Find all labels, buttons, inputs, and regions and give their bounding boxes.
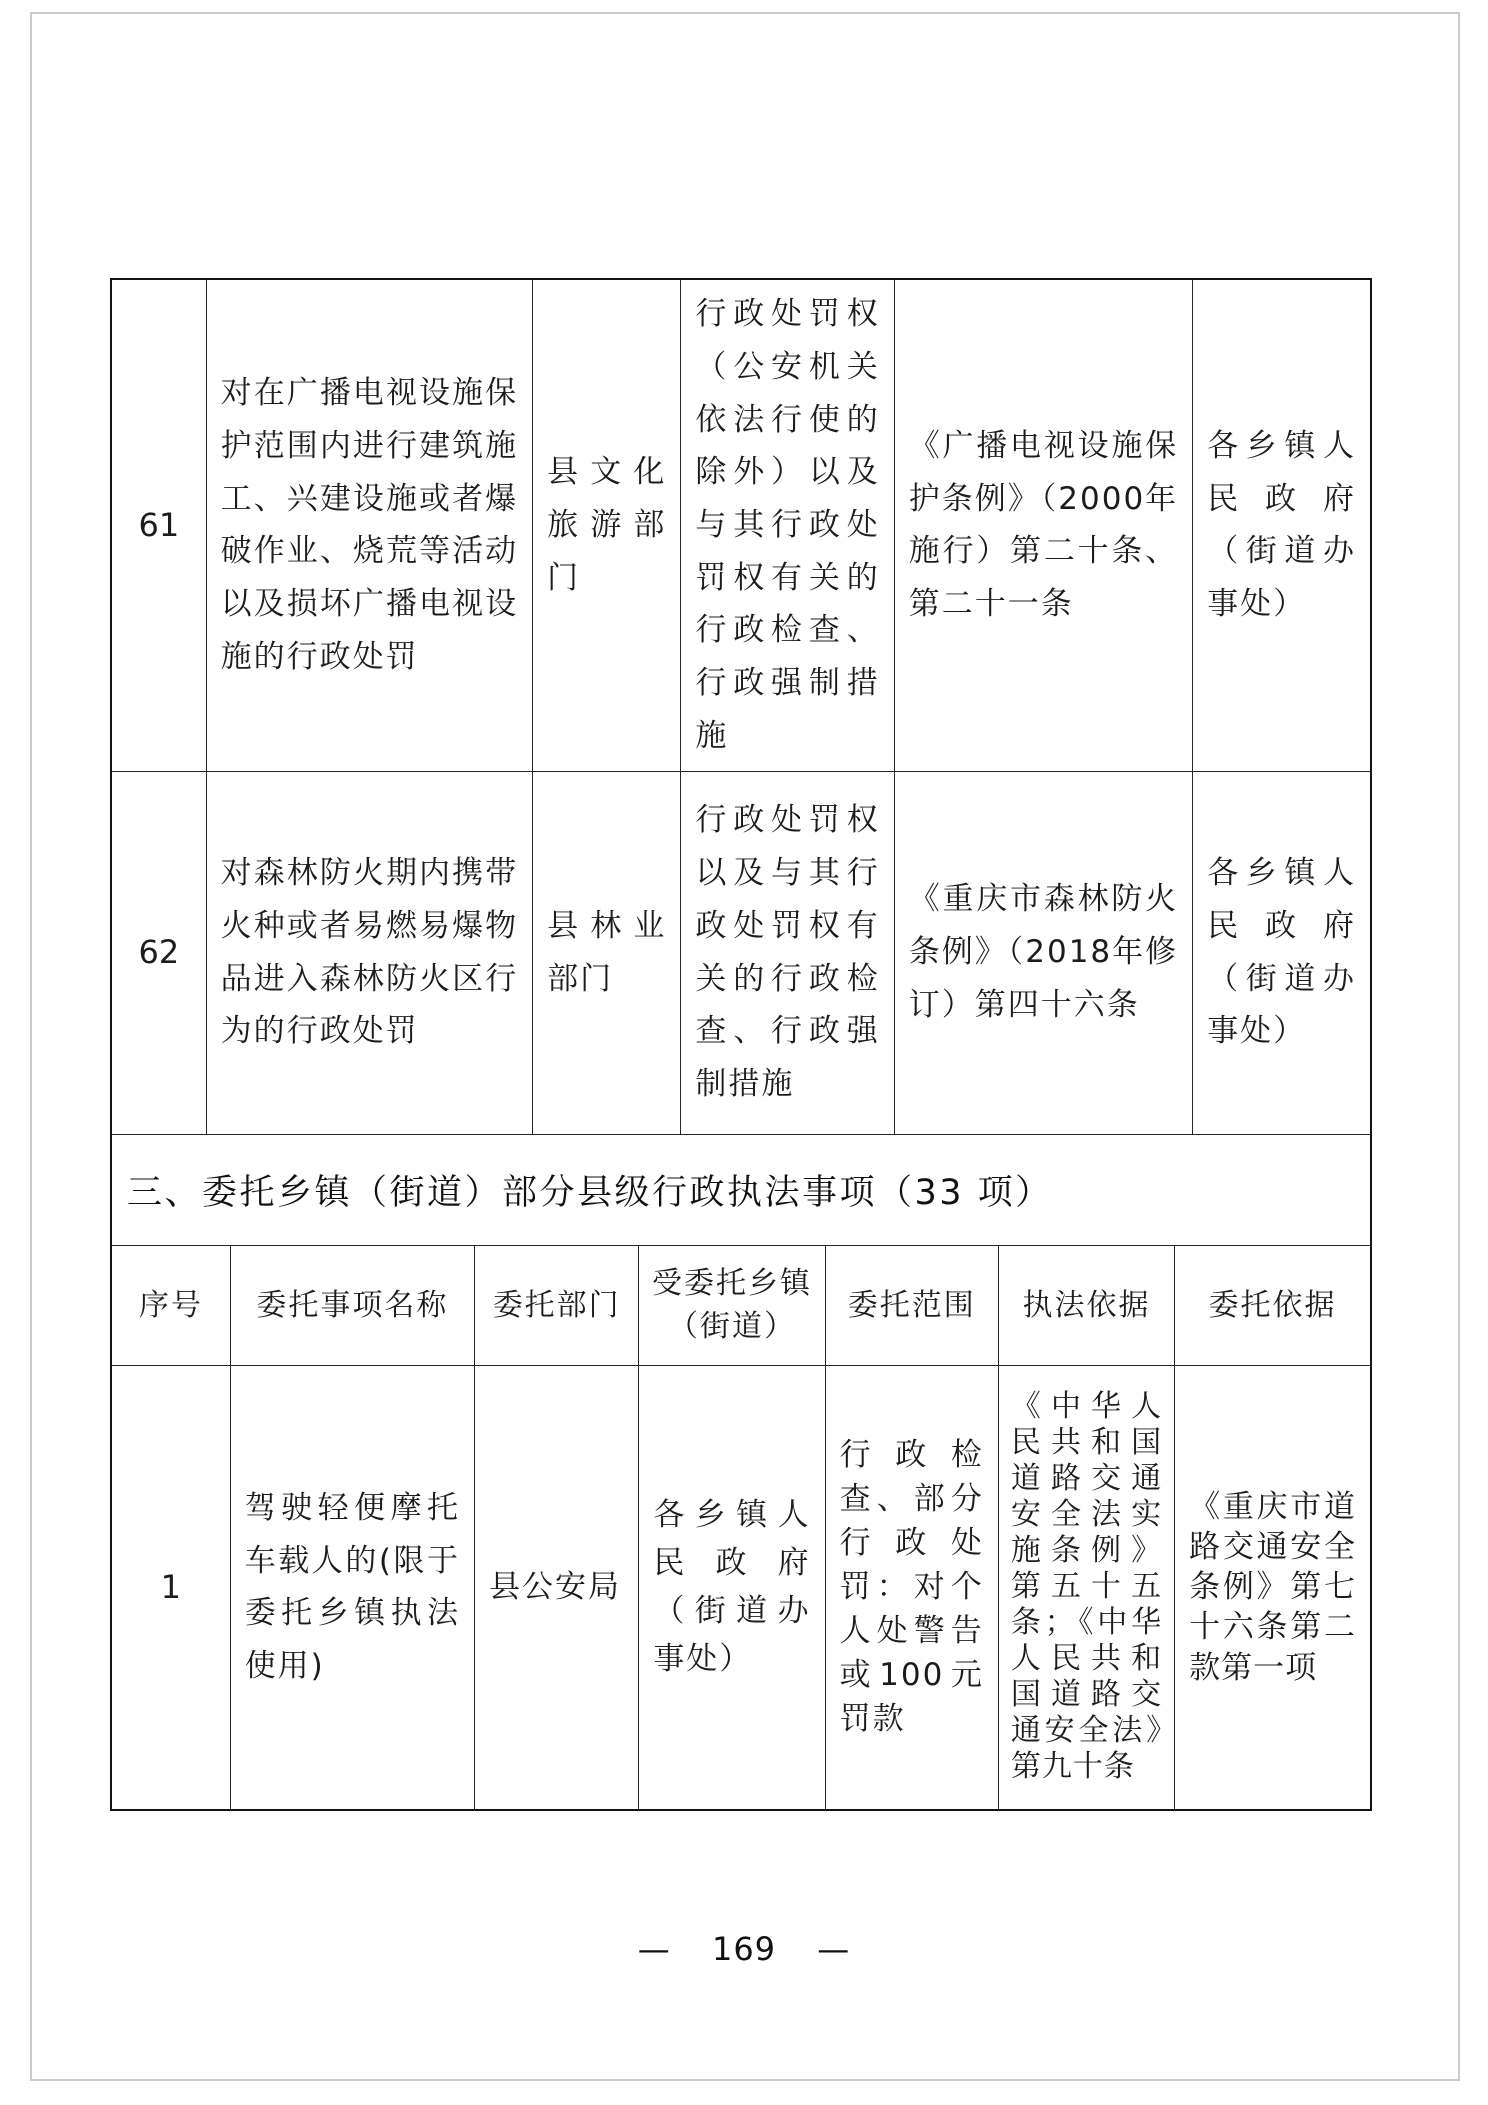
- header-legal-basis: 执法依据: [998, 1246, 1174, 1366]
- header-entrusting-dept: 委托部门: [475, 1246, 639, 1366]
- legal-basis-cell: 《中华人民共和国道路交通安全法实施条例》第五十五条；《中华人民共和国道路交通安全…: [998, 1366, 1174, 1809]
- devolution-table-continued: 61 对在广播电视设施保护范围内进行建筑施工、兴建设施或者爆破作业、烧荒等活动以…: [112, 280, 1370, 1135]
- table-header-row: 序号 委托事项名称 委托部门 受委托乡镇（街道） 委托范围 执法依据 委托依据: [112, 1246, 1370, 1366]
- header-entrust-scope: 委托范围: [825, 1246, 998, 1366]
- undertaking-body-cell: 各乡镇人民政府（街道办事处）: [1193, 771, 1370, 1134]
- header-entrust-basis: 委托依据: [1175, 1246, 1370, 1366]
- undertaking-body-cell: 各乡镇人民政府（街道办事处）: [1193, 280, 1370, 771]
- entrusted-town-cell: 各乡镇人民政府（街道办事处）: [639, 1366, 825, 1809]
- legal-basis-cell: 《重庆市森林防火条例》（2018年修订）第四十六条: [894, 771, 1192, 1134]
- header-item-name: 委托事项名称: [230, 1246, 474, 1366]
- entrusting-dept-cell: 县公安局: [475, 1366, 639, 1809]
- administrative-enforcement-document: 61 对在广播电视设施保护范围内进行建筑施工、兴建设施或者爆破作业、烧荒等活动以…: [110, 278, 1372, 1811]
- section-3-heading: 三、委托乡镇（街道）部分县级行政执法事项（33 项）: [112, 1135, 1370, 1246]
- seq-cell: 1: [112, 1366, 230, 1809]
- item-name-cell: 对森林防火期内携带火种或者易燃易爆物品进入森林防火区行为的行政处罚: [206, 771, 533, 1134]
- table-row-62: 62 对森林防火期内携带火种或者易燃易爆物品进入森林防火区行为的行政处罚 县林业…: [112, 771, 1370, 1134]
- devolved-powers-cell: 行政处罚权以及与其行政处罚权有关的行政检查、行政强制措施: [681, 771, 894, 1134]
- entrust-basis-cell: 《重庆市道路交通安全条例》第七十六条第二款第一项: [1175, 1366, 1370, 1809]
- item-name-cell: 驾驶轻便摩托车载人的(限于委托乡镇执法使用): [230, 1366, 474, 1809]
- seq-cell: 62: [112, 771, 206, 1134]
- page-number: — 169 —: [0, 1930, 1488, 1968]
- entrust-scope-cell: 行政检查、部分行政处罚：对个人处警告或100元罚款: [825, 1366, 998, 1809]
- item-name-cell: 对在广播电视设施保护范围内进行建筑施工、兴建设施或者爆破作业、烧荒等活动以及损坏…: [206, 280, 533, 771]
- devolved-powers-cell: 行政处罚权（公安机关依法行使的除外）以及与其行政处罚权有关的行政检查、行政强制措…: [681, 280, 894, 771]
- entrusted-enforcement-table: 序号 委托事项名称 委托部门 受委托乡镇（街道） 委托范围 执法依据 委托依据 …: [112, 1246, 1370, 1809]
- legal-basis-cell: 《广播电视设施保护条例》（2000年施行）第二十条、第二十一条: [894, 280, 1192, 771]
- header-seq: 序号: [112, 1246, 230, 1366]
- implementing-dept-cell: 县文化旅游部门: [533, 280, 681, 771]
- table-row-1: 1 驾驶轻便摩托车载人的(限于委托乡镇执法使用) 县公安局 各乡镇人民政府（街道…: [112, 1366, 1370, 1809]
- seq-cell: 61: [112, 280, 206, 771]
- implementing-dept-cell: 县林业部门: [533, 771, 681, 1134]
- table-row-61: 61 对在广播电视设施保护范围内进行建筑施工、兴建设施或者爆破作业、烧荒等活动以…: [112, 280, 1370, 771]
- header-entrusted-town: 受委托乡镇（街道）: [639, 1246, 825, 1366]
